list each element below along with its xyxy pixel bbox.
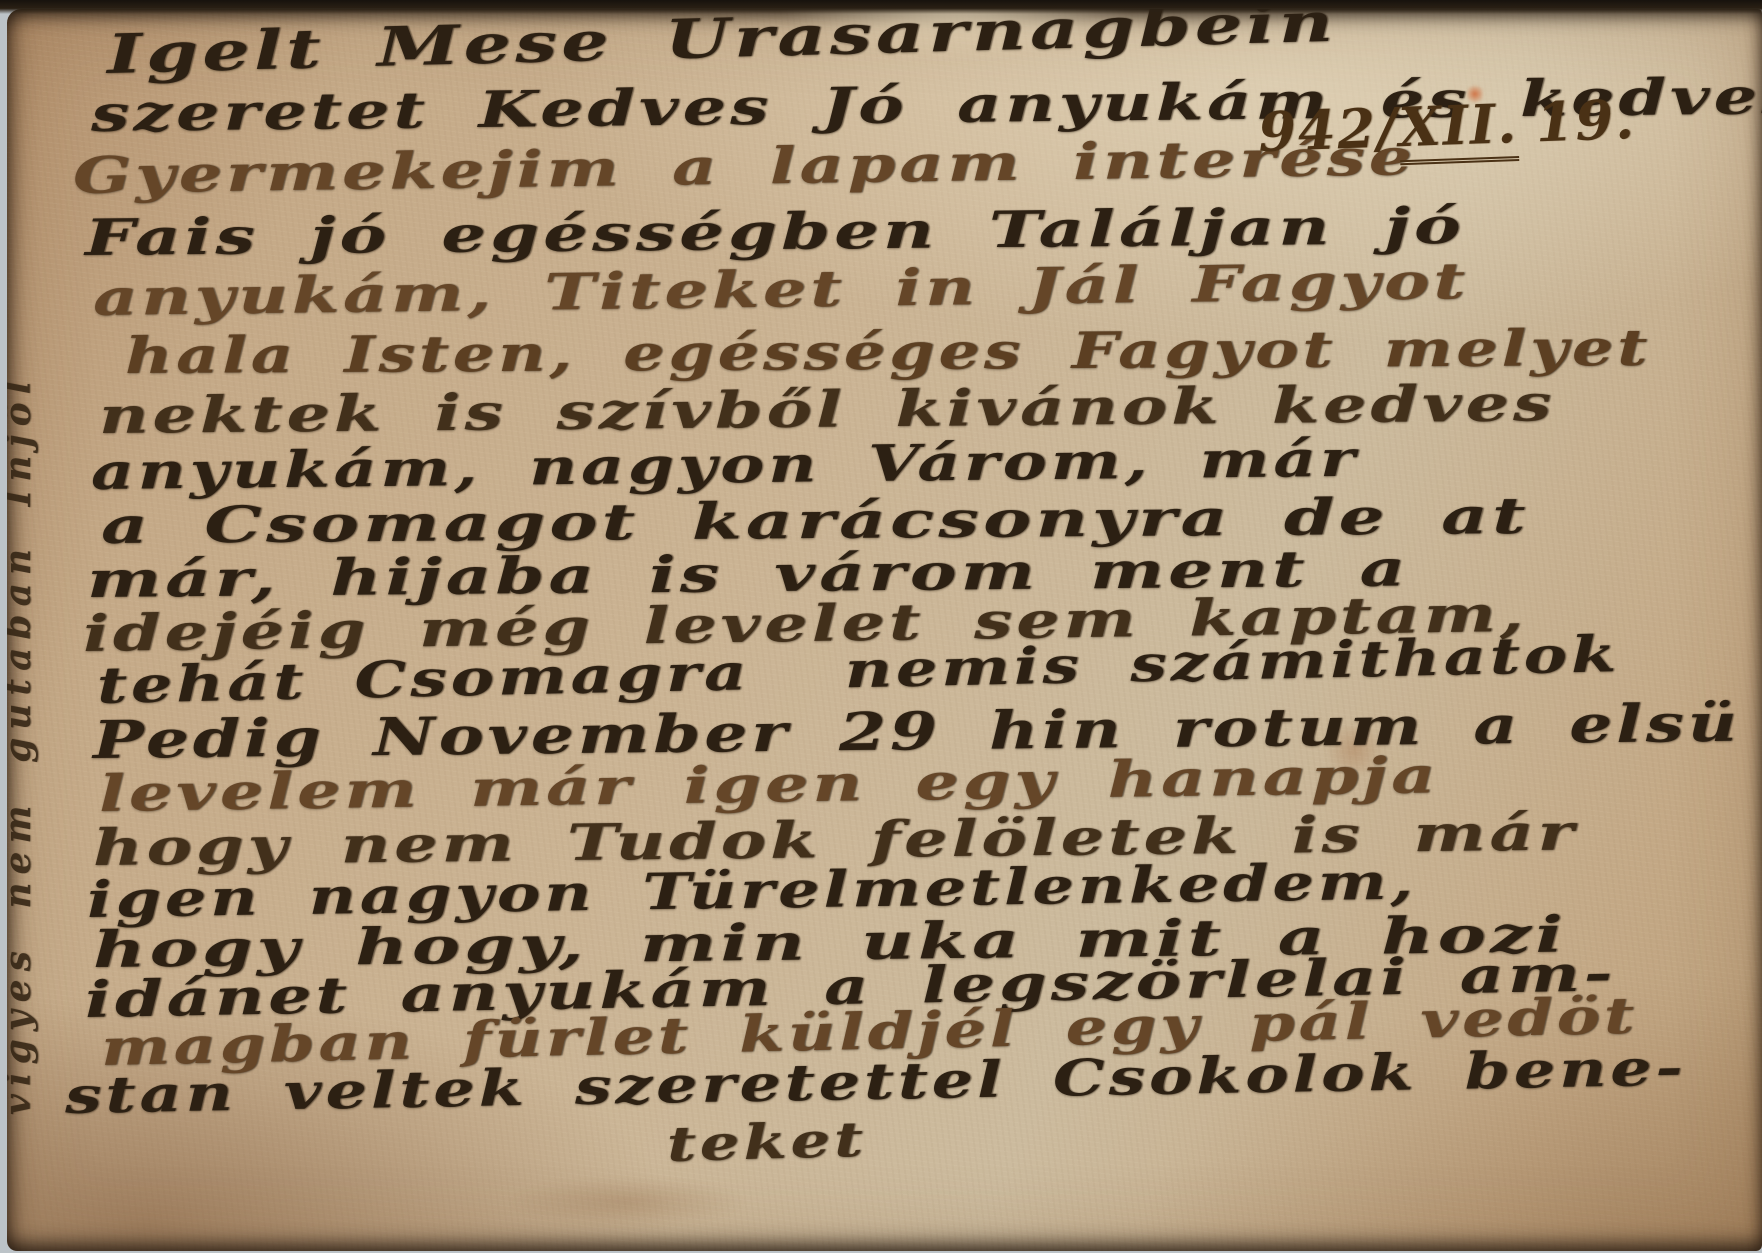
- postcard: Igelt Mese Urasarnagbein szeretet Kedves…: [7, 9, 1762, 1251]
- date-month-roman: XII.: [1398, 91, 1520, 165]
- margin-note: vigyes nem gutaban Injöl: [7, 95, 39, 1115]
- handwritten-line: anyukám, Titeket in Jál Fagyot: [93, 256, 1470, 323]
- handwritten-line: anyukám, nagyon Várom, már: [91, 434, 1359, 497]
- date-year: 942/: [1257, 95, 1400, 164]
- handwritten-line: Igelt Mese Urasarnagbein: [106, 9, 1337, 81]
- scan-dark-edge: [0, 0, 1762, 14]
- date-annotation: 942/XII.19.: [1172, 23, 1639, 231]
- scanner-background: { "document": { "date": { "prefix": "942…: [0, 0, 1762, 1253]
- date-day: 19.: [1535, 87, 1637, 154]
- handwritten-line: teket: [666, 1116, 867, 1169]
- handwritten-line: hala Isten, egésséges Fagyot melyet: [125, 323, 1651, 381]
